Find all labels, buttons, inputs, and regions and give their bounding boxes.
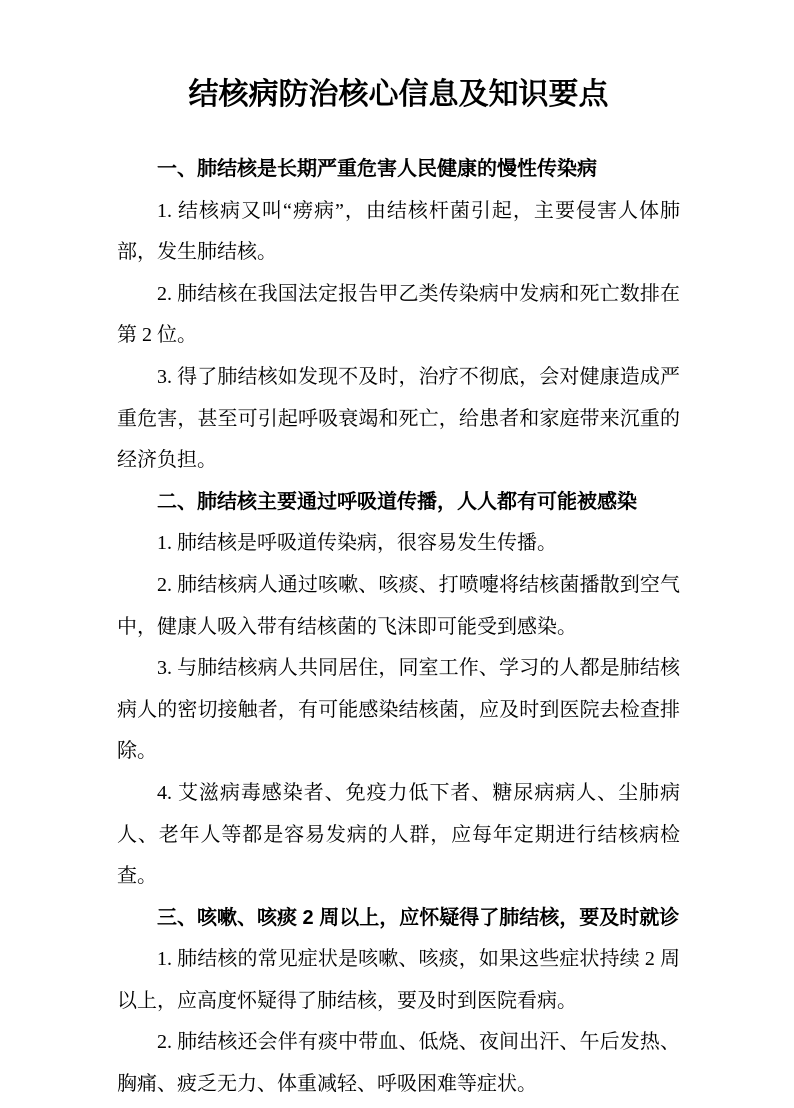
paragraph: 3. 得了肺结核如发现不及时，治疗不彻底，会对健康造成严重危害，甚至可引起呼吸衰… <box>117 357 680 482</box>
section-overview: 一、肺结核是长期严重危害人民健康的慢性传染病 1. 结核病又叫“痨病”，由结核杆… <box>117 149 680 482</box>
section-transmission: 二、肺结核主要通过呼吸道传播，人人都有可能被感染 1. 肺结核是呼吸道传染病，很… <box>117 482 680 898</box>
paragraph: 2. 肺结核病人通过咳嗽、咳痰、打喷嚏将结核菌播散到空气中，健康人吸入带有结核菌… <box>117 565 680 648</box>
section-3-heading: 三、咳嗽、咳痰 2 周以上，应怀疑得了肺结核，要及时就诊 <box>117 898 680 940</box>
document-title: 结核病防治核心信息及知识要点 <box>117 70 680 120</box>
paragraph: 1. 肺结核的常见症状是咳嗽、咳痰，如果这些症状持续 2 周以上，应高度怀疑得了… <box>117 939 680 1022</box>
paragraph: 1. 肺结核是呼吸道传染病，很容易发生传播。 <box>117 523 680 565</box>
paragraph: 2. 肺结核还会伴有痰中带血、低烧、夜间出汗、午后发热、胸痛、疲乏无力、体重减轻… <box>117 1022 680 1105</box>
section-1-heading: 一、肺结核是长期严重危害人民健康的慢性传染病 <box>117 149 680 191</box>
paragraph: 4. 艾滋病毒感染者、免疫力低下者、糖尿病病人、尘肺病人、老年人等都是容易发病的… <box>117 773 680 898</box>
document-page: 结核病防治核心信息及知识要点 一、肺结核是长期严重危害人民健康的慢性传染病 1.… <box>0 0 794 1108</box>
paragraph: 2. 肺结核在我国法定报告甲乙类传染病中发病和死亡数排在第 2 位。 <box>117 274 680 357</box>
paragraph: 3. 与肺结核病人共同居住，同室工作、学习的人都是肺结核病人的密切接触者，有可能… <box>117 648 680 773</box>
section-symptoms: 三、咳嗽、咳痰 2 周以上，应怀疑得了肺结核，要及时就诊 1. 肺结核的常见症状… <box>117 898 680 1106</box>
paragraph: 1. 结核病又叫“痨病”，由结核杆菌引起，主要侵害人体肺部，发生肺结核。 <box>117 191 680 274</box>
section-2-heading: 二、肺结核主要通过呼吸道传播，人人都有可能被感染 <box>117 482 680 524</box>
